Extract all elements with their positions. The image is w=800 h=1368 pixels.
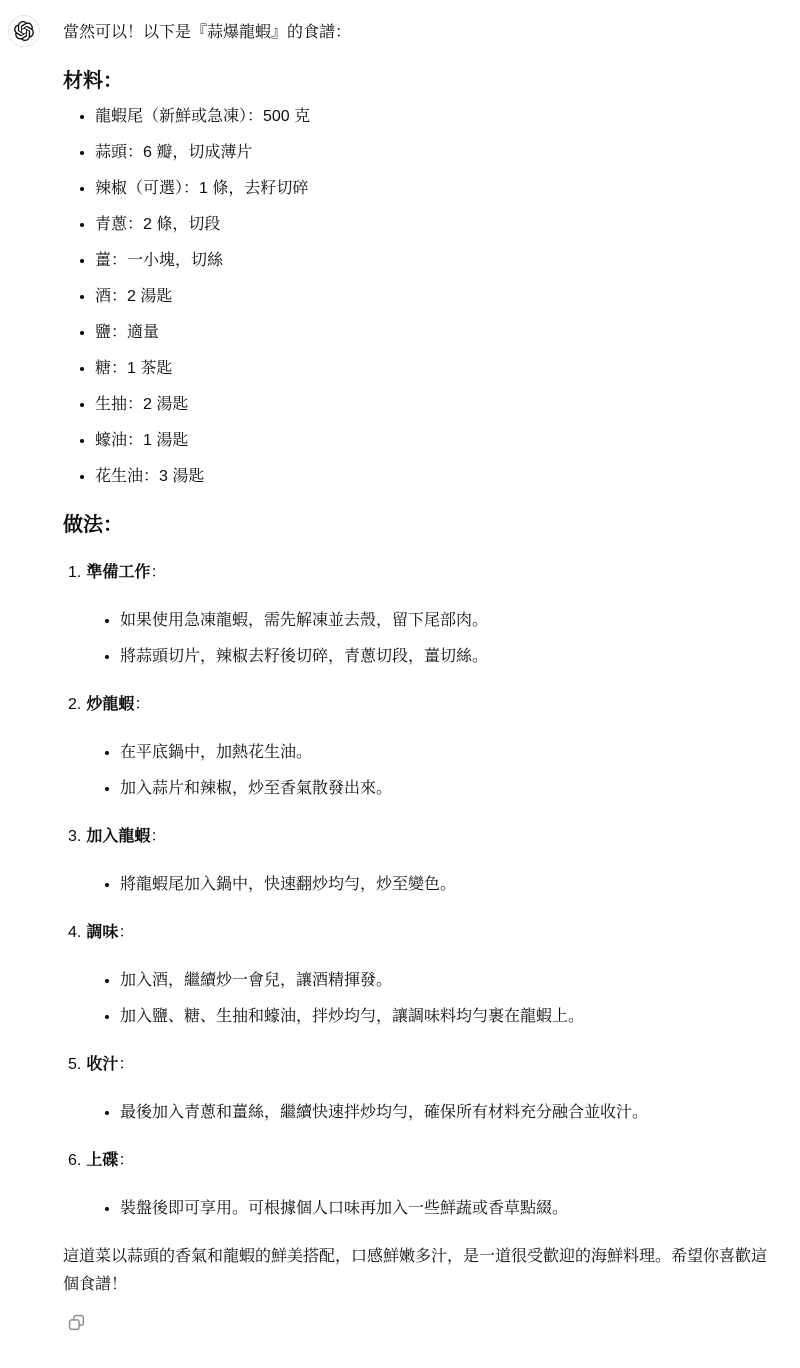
ingredient-item: 酒：2 湯匙 (95, 283, 768, 311)
steps-list: 1.準備工作： 如果使用急凍龍蝦，需先解凍並去殼，留下尾部肉。 將蒜頭切片，辣椒… (63, 559, 768, 1223)
substep-item: 最後加入青蔥和薑絲，繼續快速拌炒均勻，確保所有材料充分融合並收汁。 (120, 1099, 768, 1127)
step-colon: ： (150, 828, 166, 845)
ingredient-item: 花生油：3 湯匙 (95, 463, 768, 491)
step-head: 3.加入龍蝦： (68, 823, 768, 851)
step-colon: ： (134, 696, 150, 713)
ingredients-heading: 材料： (63, 67, 768, 95)
step-item: 2.炒龍蝦： 在平底鍋中，加熱花生油。 加入蒜片和辣椒，炒至香氣散發出來。 (68, 691, 768, 803)
step-number: 3. (68, 823, 81, 851)
step-number: 1. (68, 559, 81, 587)
openai-logo-icon (14, 21, 34, 41)
ingredient-item: 生抽：2 湯匙 (95, 391, 768, 419)
step-title: 炒龍蝦 (86, 696, 134, 713)
ingredient-item: 龍蝦尾（新鮮或急凍）：500 克 (95, 103, 768, 131)
substep-item: 加入酒，繼續炒一會兒，讓酒精揮發。 (120, 967, 768, 995)
copy-button[interactable] (65, 1311, 87, 1333)
step-number: 4. (68, 919, 81, 947)
assistant-avatar (8, 15, 40, 47)
substep-item: 加入蒜片和辣椒，炒至香氣散發出來。 (120, 775, 768, 803)
step-colon: ： (118, 1152, 134, 1169)
chat-page: 當然可以！以下是『蒜爆龍蝦』的食譜： 材料： 龍蝦尾（新鮮或急凍）：500 克 … (0, 0, 800, 1368)
step-head: 1.準備工作： (68, 559, 768, 587)
step-item: 1.準備工作： 如果使用急凍龍蝦，需先解凍並去殼，留下尾部肉。 將蒜頭切片，辣椒… (68, 559, 768, 671)
copy-icon (67, 1313, 86, 1332)
steps-heading: 做法： (63, 511, 768, 539)
step-head: 6.上碟： (68, 1147, 768, 1175)
closing-text: 這道菜以蒜頭的香氣和龍蝦的鮮美搭配，口感鮮嫩多汁，是一道很受歡迎的海鮮料理。希望… (63, 1243, 768, 1299)
step-substeps: 最後加入青蔥和薑絲，繼續快速拌炒均勻，確保所有材料充分融合並收汁。 (68, 1099, 768, 1127)
step-item: 6.上碟： 裝盤後即可享用。可根據個人口味再加入一些鮮蔬或香草點綴。 (68, 1147, 768, 1223)
step-head: 4.調味： (68, 919, 768, 947)
step-item: 4.調味： 加入酒，繼續炒一會兒，讓酒精揮發。 加入鹽、糖、生抽和蠔油，拌炒均勻… (68, 919, 768, 1031)
message-content: 當然可以！以下是『蒜爆龍蝦』的食譜： 材料： 龍蝦尾（新鮮或急凍）：500 克 … (63, 15, 768, 1342)
assistant-message: 當然可以！以下是『蒜爆龍蝦』的食譜： 材料： 龍蝦尾（新鮮或急凍）：500 克 … (0, 0, 800, 1342)
substep-item: 將龍蝦尾加入鍋中，快速翻炒均勻，炒至變色。 (120, 871, 768, 899)
step-title: 準備工作 (86, 564, 150, 581)
substep-item: 裝盤後即可享用。可根據個人口味再加入一些鮮蔬或香草點綴。 (120, 1195, 768, 1223)
ingredients-list: 龍蝦尾（新鮮或急凍）：500 克 蒜頭：6 瓣，切成薄片 辣椒（可選）：1 條，… (63, 103, 768, 491)
step-colon: ： (118, 924, 134, 941)
step-title: 加入龍蝦 (86, 828, 150, 845)
step-item: 3.加入龍蝦： 將龍蝦尾加入鍋中，快速翻炒均勻，炒至變色。 (68, 823, 768, 899)
step-number: 5. (68, 1051, 81, 1079)
ingredient-item: 鹽：適量 (95, 319, 768, 347)
substep-item: 如果使用急凍龍蝦，需先解凍並去殼，留下尾部肉。 (120, 607, 768, 635)
step-colon: ： (118, 1056, 134, 1073)
step-substeps: 將龍蝦尾加入鍋中，快速翻炒均勻，炒至變色。 (68, 871, 768, 899)
step-head: 5.收汁： (68, 1051, 768, 1079)
step-substeps: 在平底鍋中，加熱花生油。 加入蒜片和辣椒，炒至香氣散發出來。 (68, 739, 768, 803)
substep-item: 將蒜頭切片，辣椒去籽後切碎，青蔥切段，薑切絲。 (120, 643, 768, 671)
step-substeps: 加入酒，繼續炒一會兒，讓酒精揮發。 加入鹽、糖、生抽和蠔油，拌炒均勻，讓調味料均… (68, 967, 768, 1031)
step-substeps: 如果使用急凍龍蝦，需先解凍並去殼，留下尾部肉。 將蒜頭切片，辣椒去籽後切碎，青蔥… (68, 607, 768, 671)
step-number: 6. (68, 1147, 81, 1175)
substep-item: 加入鹽、糖、生抽和蠔油，拌炒均勻，讓調味料均勻裹在龍蝦上。 (120, 1003, 768, 1031)
ingredient-item: 蒜頭：6 瓣，切成薄片 (95, 139, 768, 167)
ingredient-item: 薑：一小塊，切絲 (95, 247, 768, 275)
step-title: 上碟 (86, 1152, 118, 1169)
ingredient-item: 糖：1 茶匙 (95, 355, 768, 383)
step-colon: ： (150, 564, 166, 581)
intro-text: 當然可以！以下是『蒜爆龍蝦』的食譜： (63, 19, 768, 47)
step-title: 調味 (86, 924, 118, 941)
ingredient-item: 辣椒（可選）：1 條，去籽切碎 (95, 175, 768, 203)
ingredient-item: 蠔油：1 湯匙 (95, 427, 768, 455)
step-item: 5.收汁： 最後加入青蔥和薑絲，繼續快速拌炒均勻，確保所有材料充分融合並收汁。 (68, 1051, 768, 1127)
ingredient-item: 青蔥：2 條，切段 (95, 211, 768, 239)
substep-item: 在平底鍋中，加熱花生油。 (120, 739, 768, 767)
step-head: 2.炒龍蝦： (68, 691, 768, 719)
step-number: 2. (68, 691, 81, 719)
step-title: 收汁 (86, 1056, 118, 1073)
step-substeps: 裝盤後即可享用。可根據個人口味再加入一些鮮蔬或香草點綴。 (68, 1195, 768, 1223)
